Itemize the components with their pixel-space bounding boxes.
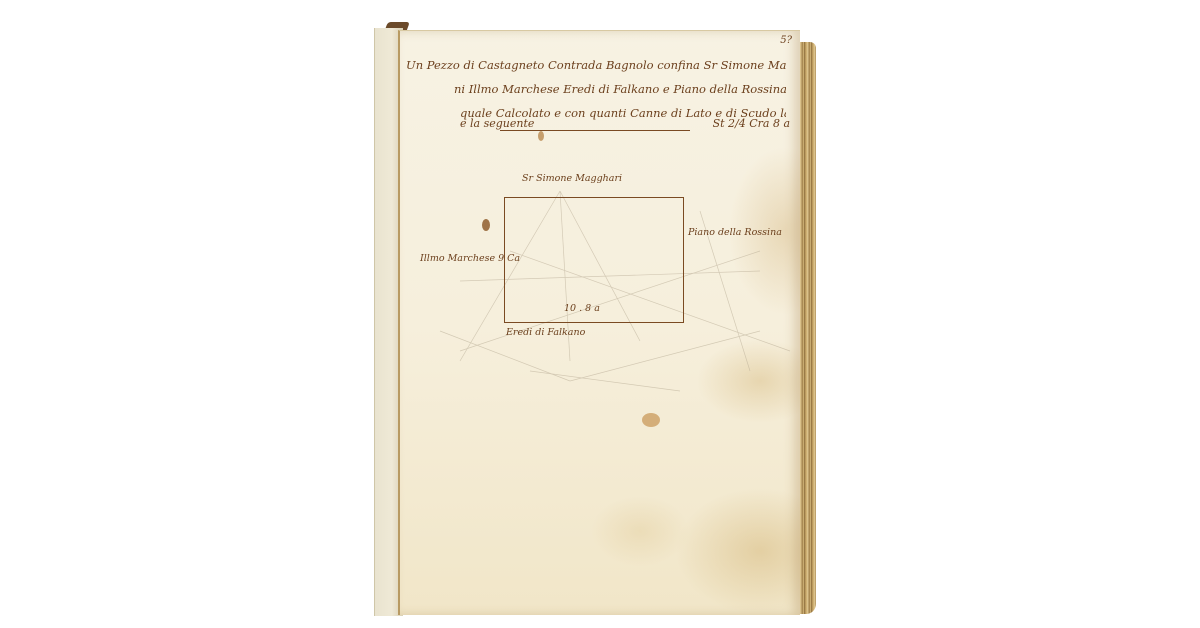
- label-right-neighbor: Piano della Rossina: [688, 227, 782, 238]
- label-bottom-neighbor: Eredi di Falkano: [506, 327, 585, 338]
- manuscript-page: 5? Un Pezzo di Castagneto Contrada Bagno…: [398, 30, 800, 615]
- label-top-neighbor: Sr Simone Magghari: [522, 173, 622, 184]
- label-inner-measure: 10 . 8 a: [564, 303, 600, 314]
- label-left-neighbor: Illmo Marchese 9 Ca: [420, 253, 520, 264]
- construction-lines: [400, 31, 800, 615]
- manuscript-book: 5? Un Pezzo di Castagneto Contrada Bagno…: [372, 22, 818, 620]
- plot-diagram: Sr Simone Magghari Piano della Rossina I…: [400, 31, 800, 615]
